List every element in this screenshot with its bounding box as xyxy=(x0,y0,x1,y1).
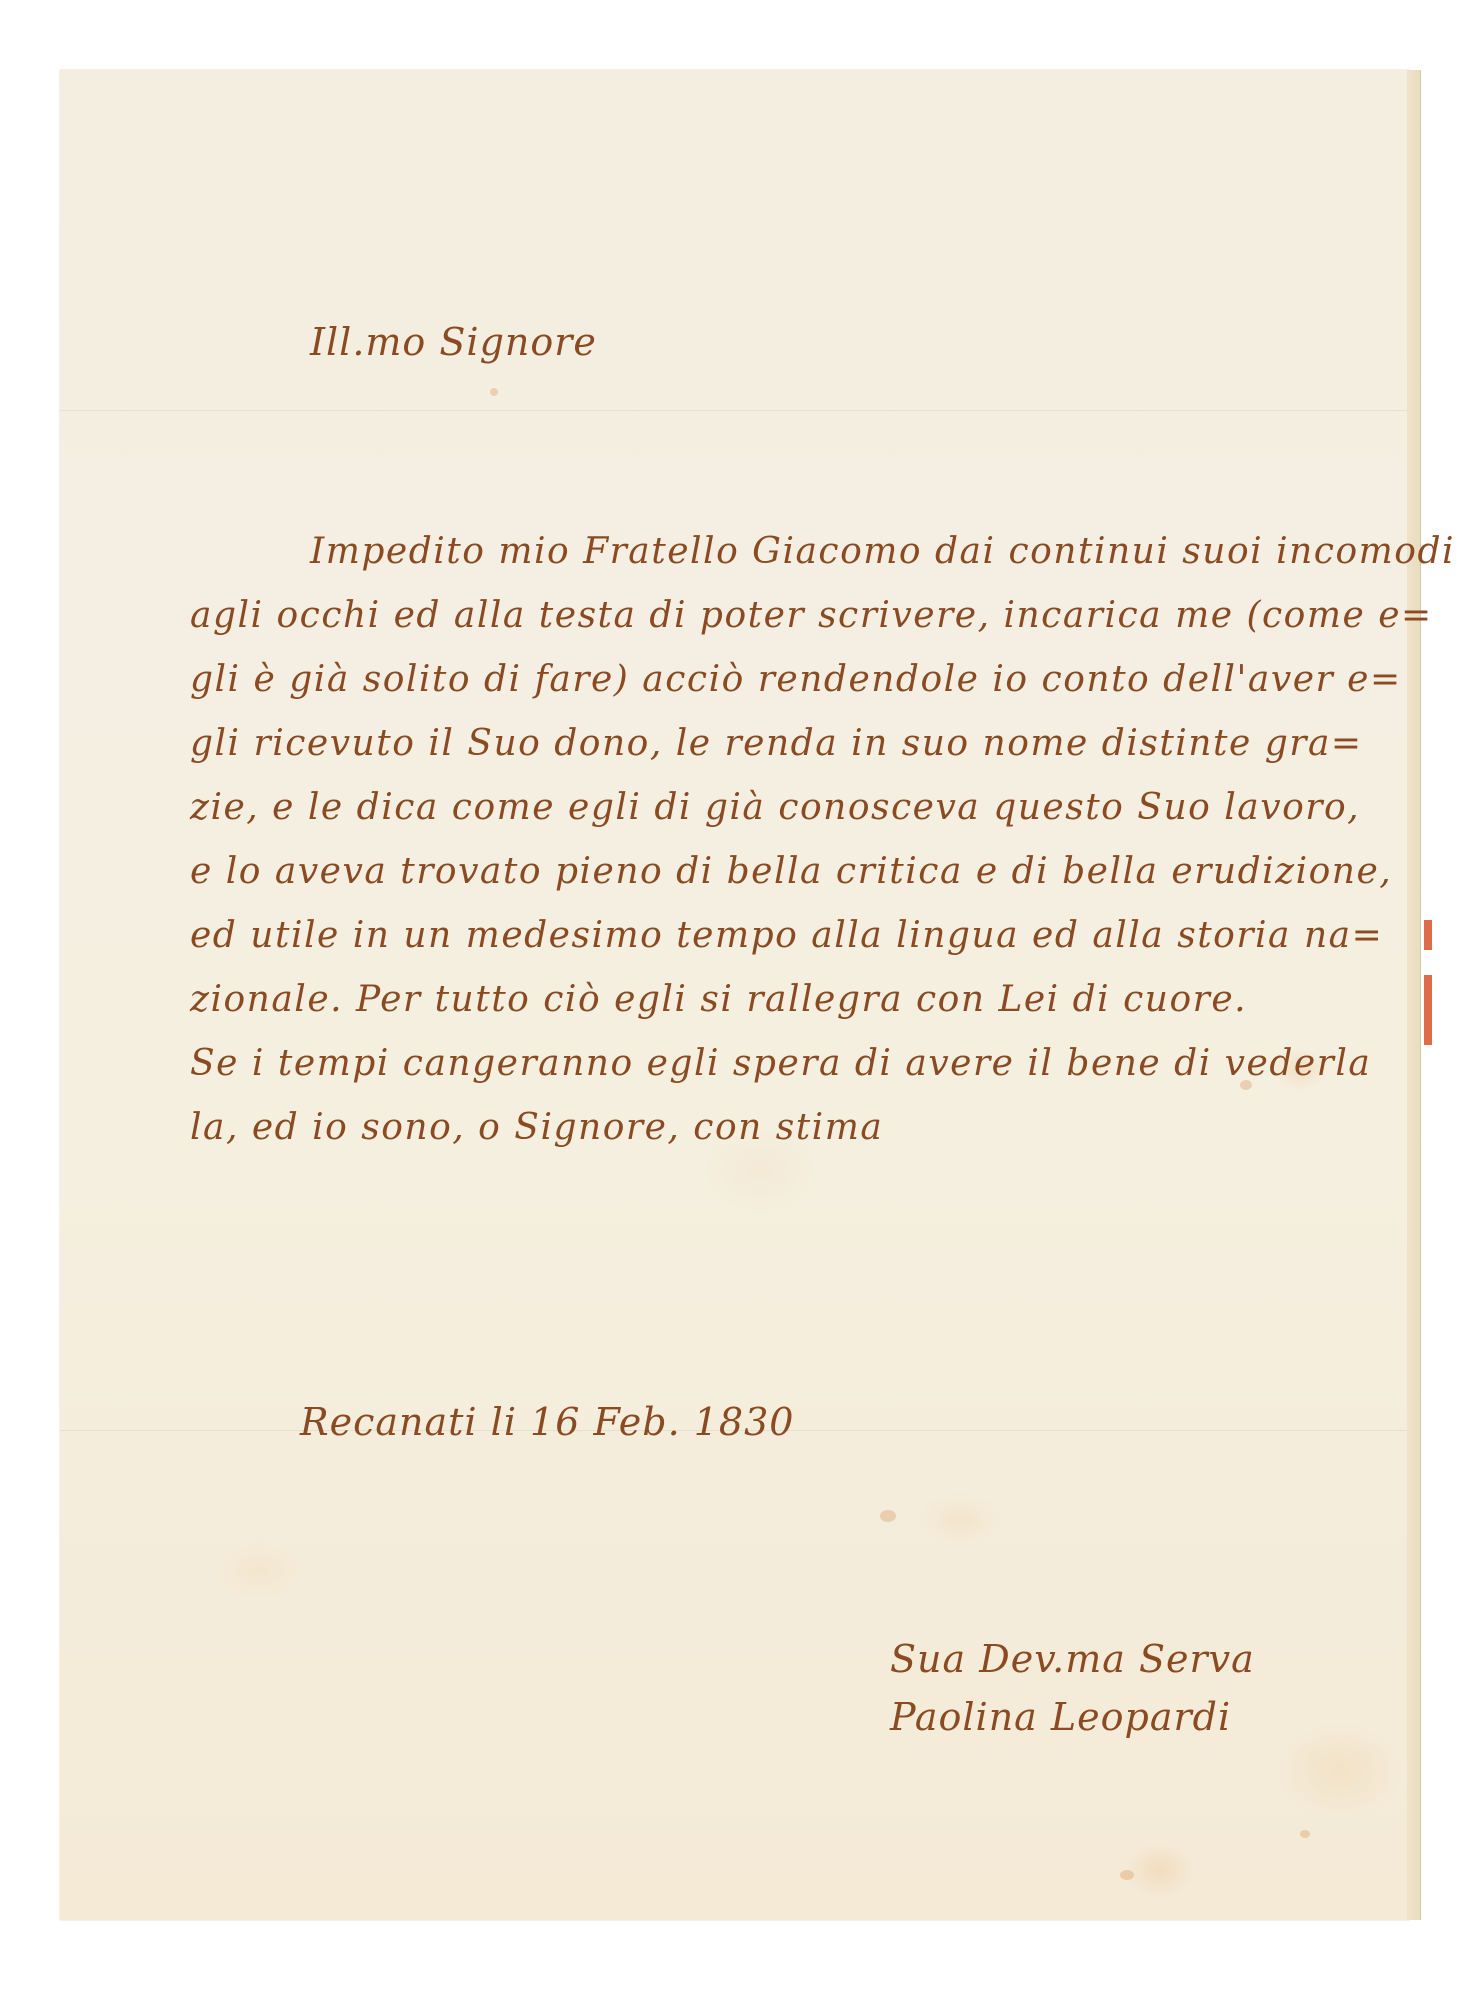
body-line: Se i tempi cangeranno egli spera di aver… xyxy=(190,1032,1340,1096)
body-line: e lo aveva trovato pieno di bella critic… xyxy=(190,840,1340,904)
foxing-spot xyxy=(490,388,498,396)
body-line: la, ed io sono, o Signore, con stima xyxy=(190,1096,1340,1160)
body-line: ed utile in un medesimo tempo alla lingu… xyxy=(190,904,1340,968)
body-line: Impedito mio Fratello Giacomo dai contin… xyxy=(190,520,1340,584)
body-line: zie, e le dica come egli di già conoscev… xyxy=(190,776,1340,840)
body-line: agli occhi ed alla testa di poter scrive… xyxy=(190,584,1340,648)
foxing-spot xyxy=(1300,1830,1310,1838)
foxing-spot xyxy=(880,1510,896,1522)
red-edge-stain xyxy=(1424,975,1432,1045)
signature-name: Paolina Leopardi xyxy=(890,1688,1255,1746)
letter-sheet: Ill.mo Signore Impedito mio Fratello Gia… xyxy=(60,70,1410,1920)
letter-body: Impedito mio Fratello Giacomo dai contin… xyxy=(190,520,1340,1160)
salutation: Ill.mo Signore xyxy=(310,320,597,364)
body-line: gli è già solito di fare) acciò rendendo… xyxy=(190,648,1340,712)
body-line: gli ricevuto il Suo dono, le renda in su… xyxy=(190,712,1340,776)
red-edge-stain xyxy=(1424,920,1432,950)
body-line: zionale. Per tutto ciò egli si rallegra … xyxy=(190,968,1340,1032)
closing-signature: Sua Dev.ma Serva Paolina Leopardi xyxy=(890,1630,1255,1746)
closing-formula: Sua Dev.ma Serva xyxy=(890,1630,1255,1688)
foxing-spot xyxy=(1120,1870,1134,1880)
date-line: Recanati li 16 Feb. 1830 xyxy=(300,1400,794,1444)
fold-line-upper xyxy=(60,410,1407,412)
folded-sheet-edge xyxy=(1408,70,1421,1920)
